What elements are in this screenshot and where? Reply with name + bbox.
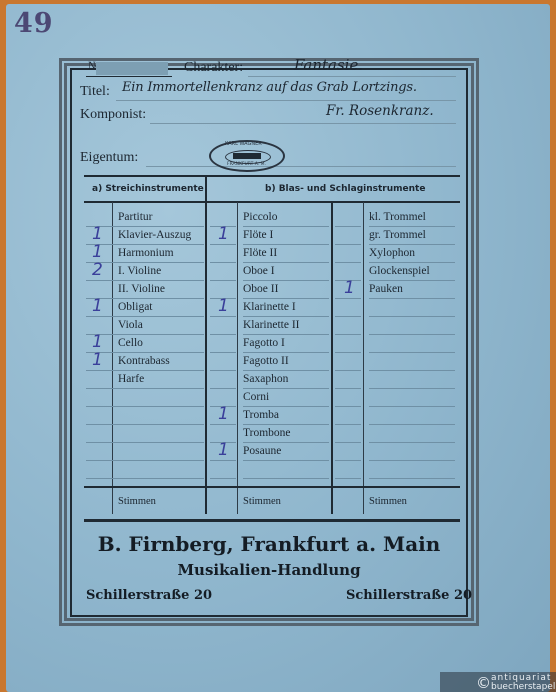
part-count: 1: [344, 278, 355, 298]
eigentum-line: [146, 166, 456, 167]
row-rule: [335, 442, 361, 443]
instrument-label: gr. Trommel: [369, 229, 426, 241]
row-rule: [210, 244, 236, 245]
instrument-label: Tromba: [243, 409, 279, 421]
part-count: 1: [92, 296, 103, 316]
instrument-label: Glockenspiel: [369, 265, 430, 277]
footer-top-rule: [84, 519, 460, 522]
instrument-label: Oboe II: [243, 283, 278, 295]
instrument-label: Kontrabass: [118, 355, 170, 367]
row-rule: [210, 370, 236, 371]
titel-line: [116, 100, 456, 101]
row-rule: [335, 298, 361, 299]
stamp-top-text: KARL WAGNER: [225, 141, 262, 147]
row-rule: [118, 262, 198, 263]
publisher-subtitle: Musikalien-Handlung: [70, 561, 468, 579]
row-rule: [118, 388, 198, 389]
instrument-label: II. Violine: [118, 283, 165, 295]
row-rule: [243, 478, 329, 479]
komponist-line: [150, 123, 456, 124]
count-divider-2: [237, 202, 238, 514]
instrument-label: Piccolo: [243, 211, 278, 223]
row-rule: [118, 244, 198, 245]
instrument-label: I. Violine: [118, 265, 161, 277]
row-rule: [210, 424, 236, 425]
row-rule: [335, 352, 361, 353]
part-count: 1: [92, 242, 103, 262]
komponist-value: Fr. Rosenkranz.: [326, 103, 434, 119]
instrument-label: Flöte II: [243, 247, 277, 259]
row-rule: [243, 370, 329, 371]
row-rule: [243, 226, 329, 227]
row-rule: [369, 352, 455, 353]
titel-value: Ein Immortellenkranz auf das Grab Lortzi…: [122, 80, 417, 95]
instrument-label: Fagotto II: [243, 355, 289, 367]
row-rule: [210, 478, 236, 479]
row-rule: [210, 316, 236, 317]
row-rule: [335, 244, 361, 245]
instrument-label: Viola: [118, 319, 143, 331]
instrument-label: Pauken: [369, 283, 403, 295]
instrument-label: Harfe: [118, 373, 144, 385]
row-rule: [335, 460, 361, 461]
instrument-label: Cello: [118, 337, 143, 349]
row-rule: [118, 280, 198, 281]
instrument-label: Saxaphon: [243, 373, 288, 385]
row-rule: [369, 262, 455, 263]
eigentum-label: Eigentum:: [80, 150, 138, 166]
row-rule: [118, 478, 198, 479]
row-rule: [369, 478, 455, 479]
part-count: 1: [92, 350, 103, 370]
row-rule: [210, 460, 236, 461]
instrument-label: Klarinette II: [243, 319, 300, 331]
row-rule: [243, 280, 329, 281]
row-rule: [243, 244, 329, 245]
part-count: 1: [92, 224, 103, 244]
instrument-label: Corni: [243, 391, 269, 403]
instrument-label: Trombone: [243, 427, 291, 439]
row-rule: [243, 298, 329, 299]
section-a-title: a) Streichinstrumente: [92, 184, 204, 194]
stimmen-label-b: Stimmen: [243, 496, 281, 507]
part-count: 1: [92, 332, 103, 352]
row-rule: [118, 352, 198, 353]
row-rule: [210, 388, 236, 389]
row-rule: [369, 244, 455, 245]
instrument-label: kl. Trommel: [369, 211, 426, 223]
row-rule: [335, 478, 361, 479]
redacted-number: [96, 62, 168, 75]
charakter-value: Fantasie.: [294, 56, 363, 74]
instrument-label: Flöte I: [243, 229, 273, 241]
row-rule: [335, 370, 361, 371]
row-rule: [118, 424, 198, 425]
row-rule: [335, 262, 361, 263]
row-rule: [369, 280, 455, 281]
watermark-line-2: buecherstapel: [491, 682, 555, 692]
stimmen-label-c: Stimmen: [369, 496, 407, 507]
row-rule: [118, 460, 198, 461]
section-top-rule: [84, 175, 460, 177]
charakter-line: [248, 76, 456, 77]
row-rule: [243, 334, 329, 335]
row-rule: [369, 460, 455, 461]
row-rule: [243, 460, 329, 461]
part-count: 1: [218, 404, 229, 424]
count-divider-1: [112, 202, 113, 514]
row-rule: [210, 280, 236, 281]
row-rule: [243, 424, 329, 425]
instrument-label: Fagotto I: [243, 337, 285, 349]
row-rule: [335, 334, 361, 335]
row-rule: [243, 388, 329, 389]
copyright-icon: ©: [476, 674, 491, 692]
row-rule: [335, 226, 361, 227]
instrument-label: Harmonium: [118, 247, 174, 259]
row-rule: [369, 298, 455, 299]
stamp-bottom-text: FRANKFURT A. M.: [227, 162, 266, 167]
row-rule: [369, 226, 455, 227]
row-rule: [243, 442, 329, 443]
row-rule: [243, 406, 329, 407]
instrument-label: Klarinette I: [243, 301, 296, 313]
row-rule: [243, 262, 329, 263]
part-count: 1: [218, 296, 229, 316]
column-divider-1: [205, 176, 207, 514]
publisher-name: B. Firnberg, Frankfurt a. Main: [70, 532, 468, 556]
part-count: 2: [92, 260, 103, 280]
stamp-redaction-bar: [233, 153, 261, 159]
titel-label: Titel:: [80, 84, 110, 100]
row-rule: [369, 406, 455, 407]
stimmen-label-a: Stimmen: [118, 496, 156, 507]
row-rule: [243, 352, 329, 353]
row-rule: [335, 388, 361, 389]
sheet-number: 49: [14, 8, 54, 39]
part-count: 1: [218, 224, 229, 244]
column-divider-2: [331, 202, 333, 514]
address-right: Schillerstraße 20: [346, 588, 472, 603]
row-rule: [118, 298, 198, 299]
row-rule: [118, 316, 198, 317]
instrument-label: Klavier-Auszug: [118, 229, 191, 241]
instrument-label: Partitur: [118, 211, 153, 223]
row-rule: [335, 424, 361, 425]
row-rule: [118, 442, 198, 443]
row-rule: [210, 352, 236, 353]
komponist-label: Komponist:: [80, 107, 146, 123]
row-rule: [335, 316, 361, 317]
row-rule: [335, 406, 361, 407]
section-b-title: b) Blas- und Schlaginstrumente: [265, 184, 425, 194]
row-rule: [210, 262, 236, 263]
instrument-label: Xylophon: [369, 247, 415, 259]
row-rule: [118, 226, 198, 227]
number-underline: [86, 76, 172, 77]
count-divider-3: [363, 202, 364, 514]
instrument-label: Obligat: [118, 301, 153, 313]
row-rule: [369, 424, 455, 425]
section-header-rule: [84, 201, 460, 203]
owner-stamp: KARL WAGNER FRANKFURT A. M.: [209, 140, 285, 172]
row-rule: [369, 388, 455, 389]
instrument-label: Posaune: [243, 445, 281, 457]
address-left: Schillerstraße 20: [86, 588, 212, 603]
row-rule: [369, 316, 455, 317]
row-rule: [369, 334, 455, 335]
instrument-label: Oboe I: [243, 265, 275, 277]
stimmen-rule: [84, 486, 460, 488]
row-rule: [210, 334, 236, 335]
row-rule: [369, 442, 455, 443]
charakter-label: Charakter:: [184, 60, 243, 76]
row-rule: [243, 316, 329, 317]
row-rule: [118, 334, 198, 335]
row-rule: [118, 370, 198, 371]
row-rule: [118, 406, 198, 407]
part-count: 1: [218, 440, 229, 460]
row-rule: [369, 370, 455, 371]
